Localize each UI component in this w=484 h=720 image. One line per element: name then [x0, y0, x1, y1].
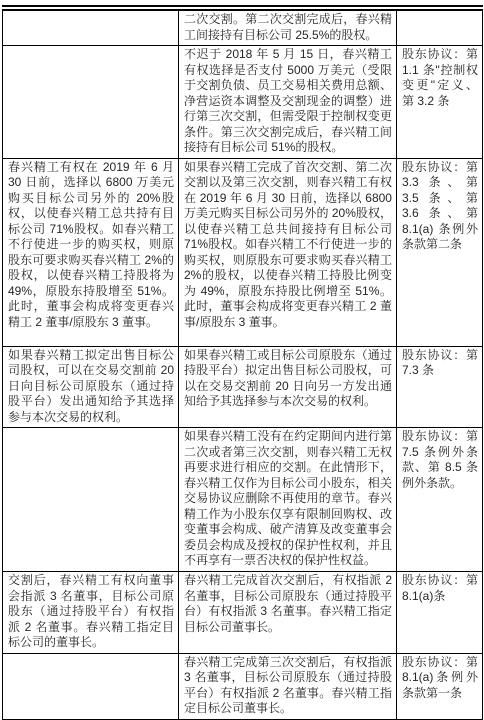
summary-cell: [3, 46, 179, 159]
detail-cell: 春兴精工完成第三次交割后，有权指派 3 名董事，目标公司原股东（通过持股平台）有…: [179, 653, 397, 720]
table-row: 春兴精工完成第三次交割后，有权指派 3 名董事，目标公司原股东（通过持股平台）有…: [3, 653, 483, 720]
agreement-terms-table: 二次交割。第二次交割完成后，春兴精工间接持有目标公司 25.5%的股权。 不迟于…: [2, 5, 483, 720]
reference-cell: 股东协议：第 1.1 条"控制权变更"定义、第 3.2 条: [397, 46, 483, 159]
reference-cell: 股东协议：第 8.1(a)条例外条款第一条: [397, 653, 483, 720]
summary-cell: [3, 428, 179, 572]
table-row: 如果春兴精工没有在约定期间内进行第二次或者第三次交割，则春兴精工无权再要求进行相…: [3, 428, 483, 572]
table-row: 春兴精工有权在 2019 年 6 月 30 日前，选择以 6800 万美元购买目…: [3, 158, 483, 346]
table-row: 交割后，春兴精工有权向董事会指派 3 名董事，目标公司原股东（通过持股平台）有权…: [3, 572, 483, 654]
reference-cell: 股东协议：第 3.3 条、第 3.5 条、第 3.6 条、第 8.1(a) 条例…: [397, 158, 483, 346]
detail-cell: 不迟于 2018 年 5 月 15 日，春兴精工有权选择是否支付 5000 万美…: [179, 46, 397, 159]
summary-cell: 交割后，春兴精工有权向董事会指派 3 名董事，目标公司原股东（通过持股平台）有权…: [3, 572, 179, 654]
table-row: 二次交割。第二次交割完成后，春兴精工间接持有目标公司 25.5%的股权。: [3, 8, 483, 46]
summary-cell: 如果春兴精工拟定出售目标公司股权，可以在交易交割前 20 日向目标公司原股东（通…: [3, 346, 179, 428]
reference-cell: 股东协议：第 7.3 条: [397, 346, 483, 428]
summary-cell: [3, 8, 179, 46]
detail-cell: 如果春兴精工没有在约定期间内进行第二次或者第三次交割，则春兴精工无权再要求进行相…: [179, 428, 397, 572]
table-row: 不迟于 2018 年 5 月 15 日，春兴精工有权选择是否支付 5000 万美…: [3, 46, 483, 159]
detail-cell: 春兴精工完成首次交割后，有权指派 2 名董事，目标公司原股东（通过持股平台）有权…: [179, 572, 397, 654]
detail-cell: 如果春兴精工或目标公司原股东（通过持股平台）拟定出售目标公司股权，可以在交易交割…: [179, 346, 397, 428]
table-row: 如果春兴精工拟定出售目标公司股权，可以在交易交割前 20 日向目标公司原股东（通…: [3, 346, 483, 428]
summary-cell: 春兴精工有权在 2019 年 6 月 30 日前，选择以 6800 万美元购买目…: [3, 158, 179, 346]
detail-cell: 如果春兴精工完成了首次交割、第二次交割以及第三次交割，则春兴精工有权在 2019…: [179, 158, 397, 346]
reference-cell: 股东协议：第 7.5 条例外条款、第 8.5 条例外条款。: [397, 428, 483, 572]
document-page: 二次交割。第二次交割完成后，春兴精工间接持有目标公司 25.5%的股权。 不迟于…: [0, 0, 484, 720]
summary-cell: [3, 653, 179, 720]
reference-cell: 股东协议：第 8.1(a)条: [397, 572, 483, 654]
detail-cell: 二次交割。第二次交割完成后，春兴精工间接持有目标公司 25.5%的股权。: [179, 8, 397, 46]
reference-cell: [397, 8, 483, 46]
